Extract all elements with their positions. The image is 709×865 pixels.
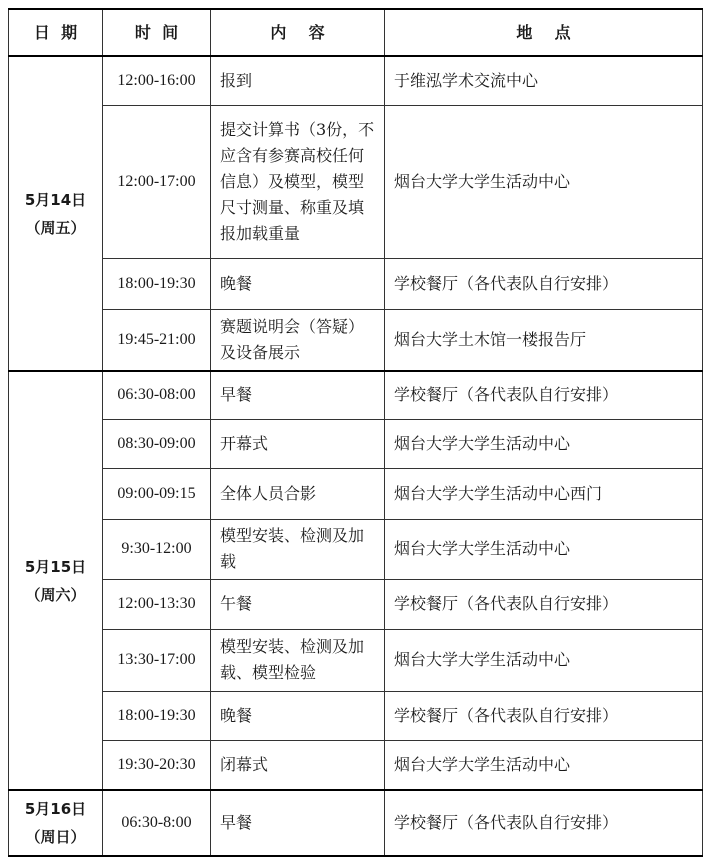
time-cell: 08:30-09:00 bbox=[103, 419, 211, 468]
header-row: 日 期 时 间 内 容 地 点 bbox=[9, 9, 703, 56]
content-cell: 开幕式 bbox=[211, 419, 385, 468]
place-cell: 烟台大学大学生活动中心 bbox=[385, 519, 703, 579]
table-row: 12:00-13:30 午餐 学校餐厅（各代表队自行安排） bbox=[9, 579, 703, 629]
place-cell: 烟台大学大学生活动中心 bbox=[385, 419, 703, 468]
weekday-label: （周五） bbox=[11, 214, 100, 242]
content-cell: 模型安装、检测及加载、模型检验 bbox=[211, 629, 385, 691]
content-cell: 全体人员合影 bbox=[211, 468, 385, 519]
content-cell: 报到 bbox=[211, 56, 385, 105]
place-cell: 于维泓学术交流中心 bbox=[385, 56, 703, 105]
content-cell: 赛题说明会（答疑）及设备展示 bbox=[211, 309, 385, 371]
time-cell: 12:00-13:30 bbox=[103, 579, 211, 629]
table-row: 18:00-19:30 晚餐 学校餐厅（各代表队自行安排） bbox=[9, 258, 703, 309]
time-cell: 9:30-12:00 bbox=[103, 519, 211, 579]
table-row: 18:00-19:30 晚餐 学校餐厅（各代表队自行安排） bbox=[9, 691, 703, 740]
time-cell: 06:30-08:00 bbox=[103, 371, 211, 419]
weekday-label: （周六） bbox=[11, 581, 100, 609]
table-row: 12:00-17:00 提交计算书（3份，不应含有参赛高校任何信息）及模型，模型… bbox=[9, 105, 703, 258]
time-cell: 06:30-8:00 bbox=[103, 790, 211, 856]
header-date: 日 期 bbox=[9, 9, 103, 56]
place-cell: 烟台大学大学生活动中心 bbox=[385, 629, 703, 691]
table-row: 5月16日 （周日） 06:30-8:00 早餐 学校餐厅（各代表队自行安排） bbox=[9, 790, 703, 856]
table-row: 08:30-09:00 开幕式 烟台大学大学生活动中心 bbox=[9, 419, 703, 468]
table-row: 13:30-17:00 模型安装、检测及加载、模型检验 烟台大学大学生活动中心 bbox=[9, 629, 703, 691]
content-cell: 晚餐 bbox=[211, 691, 385, 740]
content-cell: 闭幕式 bbox=[211, 740, 385, 790]
time-cell: 18:00-19:30 bbox=[103, 691, 211, 740]
table-row: 19:45-21:00 赛题说明会（答疑）及设备展示 烟台大学土木馆一楼报告厅 bbox=[9, 309, 703, 371]
table-row: 19:30-20:30 闭幕式 烟台大学大学生活动中心 bbox=[9, 740, 703, 790]
date-label: 5月14日 bbox=[11, 186, 100, 214]
content-cell: 午餐 bbox=[211, 579, 385, 629]
place-cell: 学校餐厅（各代表队自行安排） bbox=[385, 579, 703, 629]
header-place: 地 点 bbox=[385, 9, 703, 56]
date-label: 5月16日 bbox=[11, 795, 100, 823]
content-cell: 早餐 bbox=[211, 790, 385, 856]
time-cell: 19:45-21:00 bbox=[103, 309, 211, 371]
content-cell: 模型安装、检测及加载 bbox=[211, 519, 385, 579]
table-row: 9:30-12:00 模型安装、检测及加载 烟台大学大学生活动中心 bbox=[9, 519, 703, 579]
place-cell: 烟台大学大学生活动中心西门 bbox=[385, 468, 703, 519]
weekday-label: （周日） bbox=[11, 823, 100, 851]
time-cell: 12:00-16:00 bbox=[103, 56, 211, 105]
time-cell: 19:30-20:30 bbox=[103, 740, 211, 790]
date-label: 5月15日 bbox=[11, 553, 100, 581]
time-cell: 12:00-17:00 bbox=[103, 105, 211, 258]
place-cell: 学校餐厅（各代表队自行安排） bbox=[385, 371, 703, 419]
table-row: 5月14日 （周五） 12:00-16:00 报到 于维泓学术交流中心 bbox=[9, 56, 703, 105]
table-row: 5月15日 （周六） 06:30-08:00 早餐 学校餐厅（各代表队自行安排） bbox=[9, 371, 703, 419]
time-cell: 13:30-17:00 bbox=[103, 629, 211, 691]
time-cell: 18:00-19:30 bbox=[103, 258, 211, 309]
date-cell-day2: 5月15日 （周六） bbox=[9, 371, 103, 790]
content-cell: 早餐 bbox=[211, 371, 385, 419]
place-cell: 学校餐厅（各代表队自行安排） bbox=[385, 691, 703, 740]
date-cell-day1: 5月14日 （周五） bbox=[9, 56, 103, 371]
content-cell: 晚餐 bbox=[211, 258, 385, 309]
place-cell: 烟台大学土木馆一楼报告厅 bbox=[385, 309, 703, 371]
content-cell: 提交计算书（3份，不应含有参赛高校任何信息）及模型，模型尺寸测量、称重及填报加载… bbox=[211, 105, 385, 258]
table-row: 09:00-09:15 全体人员合影 烟台大学大学生活动中心西门 bbox=[9, 468, 703, 519]
time-cell: 09:00-09:15 bbox=[103, 468, 211, 519]
place-cell: 学校餐厅（各代表队自行安排） bbox=[385, 258, 703, 309]
header-time: 时 间 bbox=[103, 9, 211, 56]
schedule-table: 日 期 时 间 内 容 地 点 5月14日 （周五） 12:00-16:00 报… bbox=[8, 8, 703, 857]
place-cell: 学校餐厅（各代表队自行安排） bbox=[385, 790, 703, 856]
date-cell-day3: 5月16日 （周日） bbox=[9, 790, 103, 856]
header-content: 内 容 bbox=[211, 9, 385, 56]
place-cell: 烟台大学大学生活动中心 bbox=[385, 740, 703, 790]
place-cell: 烟台大学大学生活动中心 bbox=[385, 105, 703, 258]
